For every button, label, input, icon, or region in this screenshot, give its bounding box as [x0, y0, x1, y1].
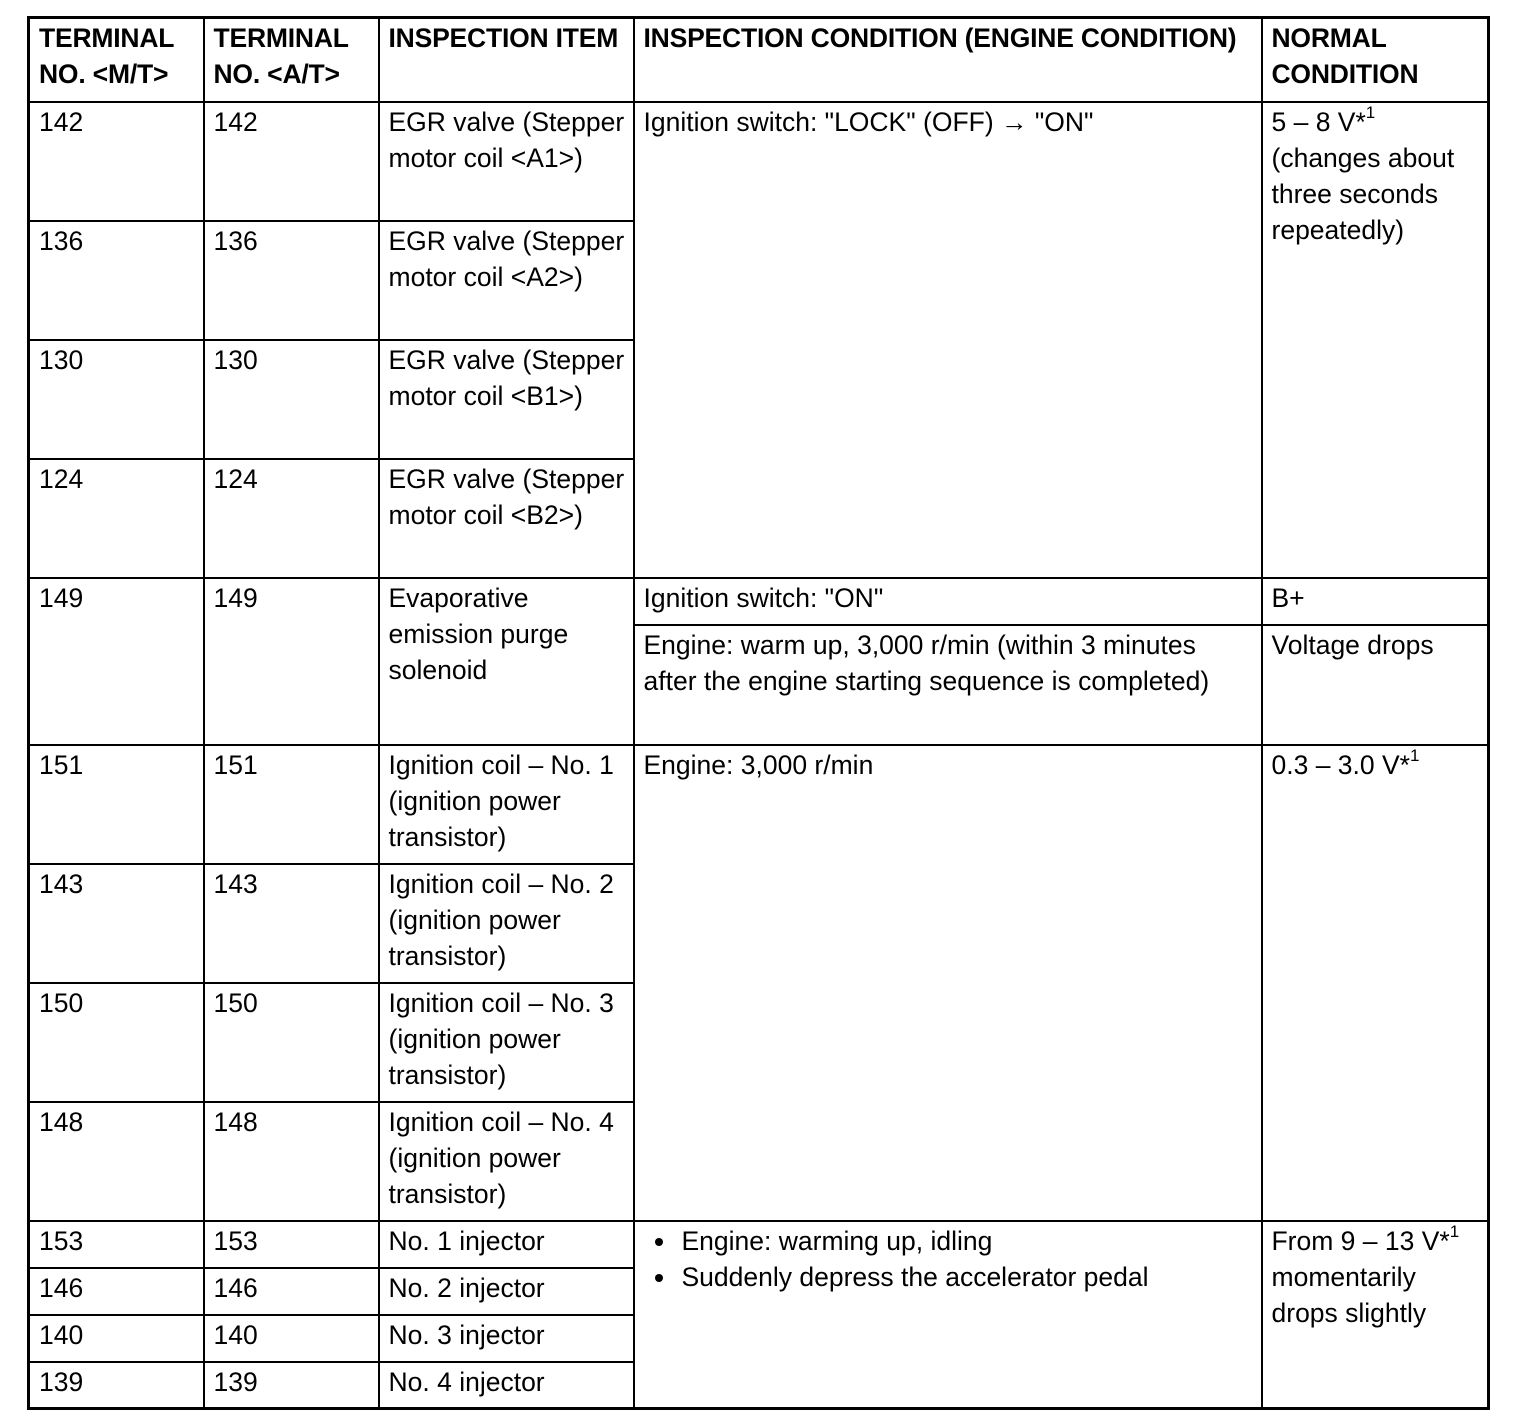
inspection-item: Ignition coil – No. 4 (ignition power tr… — [379, 1102, 634, 1221]
header-inspection-item: INSPECTION ITEM — [379, 18, 634, 102]
terminal-mt: 150 — [29, 983, 204, 1102]
table-row: 149 149 Evaporative emission purge solen… — [29, 578, 1489, 625]
inspection-condition: Engine: 3,000 r/min — [634, 745, 1262, 1221]
normal-value: From 9 – 13 V* — [1272, 1226, 1450, 1256]
terminal-at: 149 — [204, 578, 379, 745]
terminal-mt: 136 — [29, 221, 204, 340]
inspection-item: EGR valve (Stepper motor coil <B1>) — [379, 340, 634, 459]
normal-note: (changes about three seconds repeatedly) — [1272, 143, 1455, 245]
normal-condition: 0.3 – 3.0 V*1 — [1262, 745, 1489, 1221]
terminal-mt: 124 — [29, 459, 204, 578]
footnote-ref: 1 — [1410, 746, 1419, 765]
inspection-item: Evaporative emission purge solenoid — [379, 578, 634, 745]
inspection-item: No. 4 injector — [379, 1362, 634, 1409]
footnote-ref: 1 — [1450, 1222, 1459, 1241]
ecu-terminal-inspection-table: TERMINAL NO. <M/T> TERMINAL NO. <A/T> IN… — [27, 16, 1490, 1410]
terminal-at: 143 — [204, 864, 379, 983]
inspection-item: EGR valve (Stepper motor coil <A2>) — [379, 221, 634, 340]
inspection-item: No. 3 injector — [379, 1315, 634, 1362]
terminal-at: 153 — [204, 1221, 379, 1268]
header-inspection-condition: INSPECTION CONDITION (ENGINE CONDITION) — [634, 18, 1262, 102]
header-terminal-mt: TERMINAL NO. <M/T> — [29, 18, 204, 102]
normal-condition: 5 – 8 V*1(changes about three seconds re… — [1262, 102, 1489, 578]
terminal-mt: 130 — [29, 340, 204, 459]
condition-bullet: Engine: warming up, idling — [682, 1223, 1253, 1259]
table-row: 151 151 Ignition coil – No. 1 (ignition … — [29, 745, 1489, 864]
table-row: 142 142 EGR valve (Stepper motor coil <A… — [29, 102, 1489, 221]
terminal-mt: 151 — [29, 745, 204, 864]
header-terminal-at: TERMINAL NO. <A/T> — [204, 18, 379, 102]
terminal-at: 130 — [204, 340, 379, 459]
terminal-at: 150 — [204, 983, 379, 1102]
terminal-mt: 146 — [29, 1268, 204, 1315]
terminal-mt: 149 — [29, 578, 204, 745]
inspection-condition: Ignition switch: "LOCK" (OFF) → "ON" — [634, 102, 1262, 578]
normal-condition: B+ — [1262, 578, 1489, 625]
inspection-item: Ignition coil – No. 2 (ignition power tr… — [379, 864, 634, 983]
terminal-mt: 148 — [29, 1102, 204, 1221]
inspection-condition: Engine: warming up, idling Suddenly depr… — [634, 1221, 1262, 1409]
inspection-item: Ignition coil – No. 1 (ignition power tr… — [379, 745, 634, 864]
condition-bullet: Suddenly depress the accelerator pedal — [682, 1259, 1253, 1295]
terminal-at: 142 — [204, 102, 379, 221]
terminal-at: 151 — [204, 745, 379, 864]
terminal-mt: 142 — [29, 102, 204, 221]
inspection-condition: Ignition switch: "ON" — [634, 578, 1262, 625]
inspection-condition: Engine: warm up, 3,000 r/min (within 3 m… — [634, 625, 1262, 745]
footnote-ref: 1 — [1366, 103, 1375, 122]
normal-value: 0.3 – 3.0 V* — [1272, 750, 1411, 780]
terminal-at: 136 — [204, 221, 379, 340]
terminal-at: 124 — [204, 459, 379, 578]
normal-value: 5 – 8 V* — [1272, 107, 1366, 137]
normal-condition: Voltage drops — [1262, 625, 1489, 745]
inspection-item: Ignition coil – No. 3 (ignition power tr… — [379, 983, 634, 1102]
normal-condition: From 9 – 13 V*1 momentarily drops slight… — [1262, 1221, 1489, 1409]
inspection-item: No. 1 injector — [379, 1221, 634, 1268]
condition-bullet-list: Engine: warming up, idling Suddenly depr… — [644, 1223, 1253, 1295]
terminal-mt: 140 — [29, 1315, 204, 1362]
terminal-at: 140 — [204, 1315, 379, 1362]
inspection-item: EGR valve (Stepper motor coil <B2>) — [379, 459, 634, 578]
normal-note: momentarily drops slightly — [1272, 1262, 1427, 1328]
terminal-mt: 153 — [29, 1221, 204, 1268]
inspection-item: EGR valve (Stepper motor coil <A1>) — [379, 102, 634, 221]
terminal-at: 146 — [204, 1268, 379, 1315]
terminal-at: 148 — [204, 1102, 379, 1221]
table-row: 153 153 No. 1 injector Engine: warming u… — [29, 1221, 1489, 1268]
header-normal-condition: NORMAL CONDITION — [1262, 18, 1489, 102]
terminal-at: 139 — [204, 1362, 379, 1409]
table-header-row: TERMINAL NO. <M/T> TERMINAL NO. <A/T> IN… — [29, 18, 1489, 102]
inspection-item: No. 2 injector — [379, 1268, 634, 1315]
terminal-mt: 143 — [29, 864, 204, 983]
terminal-mt: 139 — [29, 1362, 204, 1409]
